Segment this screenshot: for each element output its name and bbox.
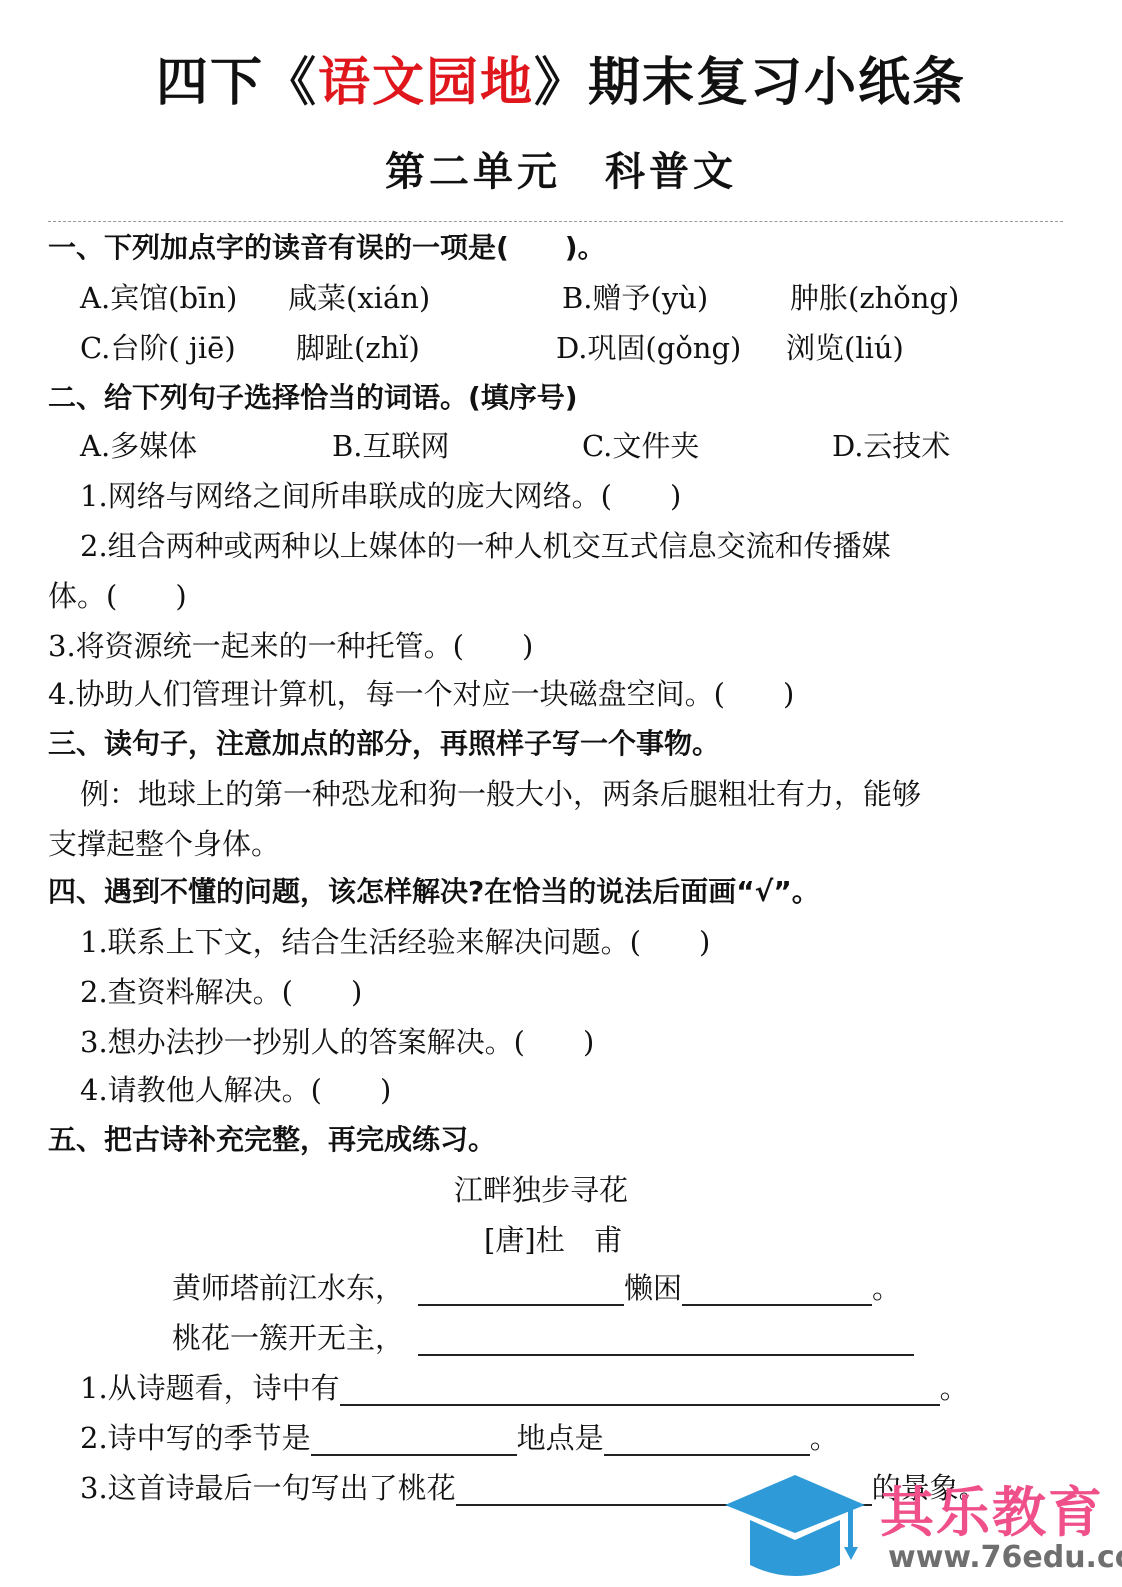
option-b: B.赠予(yù) [562,280,708,316]
poem-line-1-text: 黄师塔前江水东， [172,1271,404,1305]
choice-c: C.文件夹 [582,428,699,464]
choice-b: B.互联网 [332,428,450,464]
period: 。 [940,1371,969,1405]
period: 。 [872,1271,901,1305]
poem-line-2-text: 桃花一簇开无主， [172,1321,404,1355]
example-text: 例：地球上的第一种恐龙和狗一般大小，两条后腿粗壮有力，能够 [80,776,921,812]
question-item: 1.网络与网络之间所串联成的庞大网络。( ) [80,478,681,514]
option-a-2: 咸菜(xián) [288,280,430,316]
option-d-2: 浏览(liú) [786,330,904,366]
poem-author: [唐]杜 甫 [484,1222,623,1258]
period: 。 [810,1421,839,1455]
question-item: 2.组合两种或两种以上媒体的一种人机交互式信息交流和传播媒 [80,528,891,564]
section2-heading: 二、给下列句子选择恰当的词语。(填序号) [48,380,578,416]
watermark-logo: 其乐教育 www.76edu.com [720,1470,1120,1587]
poem-line-1: 黄师塔前江水东，懒困。 [172,1270,901,1306]
title-highlight: 语文园地 [318,52,534,113]
brand-name: 其乐教育 [880,1470,1104,1547]
poem-title: 江畔独步寻花 [454,1172,628,1208]
q2-text-2: 地点是 [517,1421,604,1455]
exercise-q1: 1.从诗题看，诗中有。 [80,1370,969,1406]
poem-blank-2[interactable] [682,1274,872,1306]
question-item: 3.将资源统一起来的一种托管。( ) [48,628,533,664]
q1-text: 1.从诗题看，诗中有 [80,1371,340,1405]
option-c-2: 脚趾(zhǐ) [296,330,420,366]
check-item: 3.想办法抄一抄别人的答案解决。( ) [80,1024,594,1060]
unit-subtitle: 第二单元 科普文 [0,140,1122,197]
option-b-2: 肿胀(zhǒng) [790,280,959,316]
exercise-q2: 2.诗中写的季节是地点是。 [80,1420,839,1456]
check-item: 4.请教他人解决。( ) [80,1072,391,1108]
check-item: 2.查资料解决。( ) [80,974,362,1010]
q3-text: 3.这首诗最后一句写出了桃花 [80,1471,456,1505]
section5-heading: 五、把古诗补充完整，再完成练习。 [48,1122,496,1158]
graduation-cap-icon [720,1475,870,1585]
title-suffix: 》期末复习小纸条 [534,52,966,113]
section4-heading: 四、遇到不懂的问题，该怎样解决?在恰当的说法后面画“√”。 [48,874,820,910]
choice-d: D.云技术 [832,428,950,464]
poem-line-1-mid: 懒困 [624,1271,682,1305]
q1-blank[interactable] [340,1374,940,1406]
q2-text: 2.诗中写的季节是 [80,1421,311,1455]
question-item-cont: 体。( ) [48,578,187,614]
title-prefix: 四下《 [156,52,318,113]
option-c: C.台阶( jiē) [80,330,236,366]
poem-line-2: 桃花一簇开无主， [172,1320,914,1356]
page-title: 四下《语文园地》期末复习小纸条 [0,40,1122,115]
check-item: 1.联系上下文，结合生活经验来解决问题。( ) [80,924,710,960]
q2-blank-season[interactable] [311,1424,517,1456]
option-d: D.巩固(gǒng) [556,330,741,366]
section3-heading: 三、读句子，注意加点的部分，再照样子写一个事物。 [48,726,720,762]
poem-blank-1[interactable] [418,1274,624,1306]
poem-blank-3[interactable] [418,1324,914,1356]
option-a: A.宾馆(bīn) [80,280,237,316]
section1-heading: 一、下列加点字的读音有误的一项是( )。 [48,230,606,266]
example-text-cont: 支撑起整个身体。 [48,826,280,862]
dashed-divider [48,221,1063,222]
choice-a: A.多媒体 [80,428,197,464]
question-item: 4.协助人们管理计算机，每一个对应一块磁盘空间。( ) [48,676,794,712]
brand-url: www.76edu.com [888,1540,1122,1575]
q2-blank-place[interactable] [604,1424,810,1456]
